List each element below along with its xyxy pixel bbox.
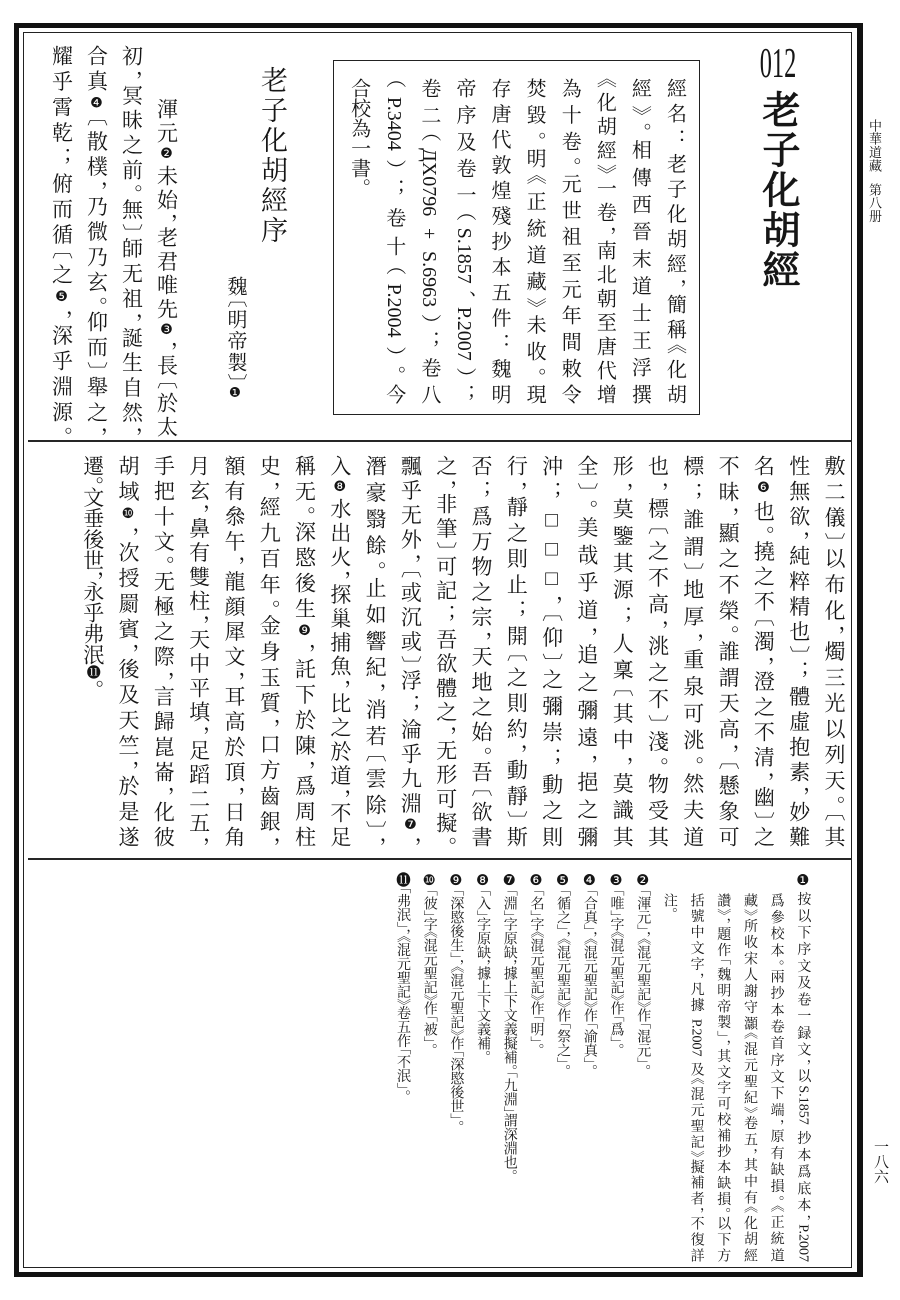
note-reference-marker: ❶ <box>227 385 243 403</box>
note-reference-marker: ❷ <box>159 146 175 165</box>
preface-text-continued: 敷二儀〕以布化，燭三光以列天。〔其 性無欲，純粹精也〕；體虛抱素，妙難 名❻也。… <box>74 455 851 848</box>
running-head: 中華道藏第八册 <box>866 119 882 223</box>
preface-text-top: 渾元❷未始，老君唯先❸，長〔於太 初，冥昧之前。無〕師无祖，誕生自然， 合真❹〔… <box>44 45 184 437</box>
note-reference-marker: ❸ <box>159 322 175 341</box>
note-reference-marker: ❾ <box>297 623 313 643</box>
footnote-4: ❹「合真」，《混元聖記》作「渝真」。 <box>575 872 602 1262</box>
footnote-1-line: 注。 <box>655 872 682 1262</box>
footnotes: ❶按以下序文及卷一録文，以S.1857 抄本爲底本，P.2007 爲參校本。兩抄… <box>388 872 815 1264</box>
footnote-10: ❿「彼」字《混元聖記》作「被」。 <box>415 872 442 1262</box>
info-box-column: 經名：老子化胡經，簡稱《化胡 <box>656 78 691 404</box>
footnote-text: 「入」字原缺，據上下文義補。 <box>475 889 490 1057</box>
running-head-volume: 第八册 <box>867 183 882 223</box>
footnote-3: ❸「唯」字《混元聖記》作「爲」。 <box>602 872 629 1262</box>
note-reference-marker: ❿ <box>120 506 136 526</box>
footnote-1-line: 爲參校本。兩抄本卷首序文下端，原有缺損。《正統道 <box>762 872 789 1262</box>
footnote-1-line: ❶按以下序文及卷一録文，以S.1857 抄本爲底本，P.2007 <box>789 872 816 1262</box>
footnote-text: 「弗泯」，《混元聖記》卷五作「不泯」。 <box>395 887 410 1097</box>
footnote-text: 「合真」，《混元聖記》作「渝真」。 <box>582 889 597 1071</box>
preface-column: 月玄，鼻有雙柱，天中平填，足蹈二五， <box>180 455 215 847</box>
footnote-text: 按以下序文及卷一録文，以S.1857 抄本爲底本，P.2007 <box>795 892 810 1262</box>
preface-column: 合真❹〔散樸，乃微乃玄。仰而〕舉之， <box>79 45 114 437</box>
footnote-number-1: ❶ <box>794 872 811 892</box>
footnote-number-10: ❿ <box>421 872 438 889</box>
preface-column: 遷。文垂後世，永乎弗泯⓫。 <box>74 455 109 847</box>
preface-column: 名❻也。撓之不〔濁，澄之不清，幽〕之 <box>745 455 780 847</box>
preface-column: 形，莫鑒其源；人稟〔其中，莫識其 <box>604 455 639 847</box>
info-box-column: 卷二（ДX0796 + S.6963）；卷八 <box>411 78 446 404</box>
preface-column: 胡域❿，次授罽賓，後及天竺，於是遂 <box>110 455 145 847</box>
note-reference-marker: ❼ <box>402 817 418 837</box>
page-number: 一八六 <box>872 1139 888 1184</box>
preface-column: 行，靜之則止；開〔之則約，動靜〕斯 <box>498 455 533 847</box>
info-box-column: 存唐代敦煌殘抄本五件：魏明 <box>481 78 516 404</box>
note-reference-marker: ❽ <box>332 479 348 498</box>
footnote-text: 「彼」字《混元聖記》作「被」。 <box>422 889 437 1050</box>
preface-column: 沖；□□□，〔仰〕之彌崇；動之則 <box>533 455 568 847</box>
preface-column: 手把十文。无極之際，言歸崑崙，化彼 <box>145 455 180 847</box>
footnote-text: 「名」字《混元聖記》作「明」。 <box>528 889 543 1050</box>
info-box-text: 經名：老子化胡經，簡稱《化胡 經》。相傳西晉末道士王浮撰 《化胡經》一卷，南北朝… <box>341 78 692 405</box>
info-box-column: 《化胡經》一卷，南北朝至唐代增 <box>586 78 621 404</box>
preface-column: 全〕。美哉乎道，追之彌遠，挹之彌 <box>569 455 604 847</box>
preface-column: 耀乎霄乾；俯而循〔之❺，深乎淵源。 <box>44 45 79 437</box>
footnote-9: ❾「深愍後生」，《混元聖記》作「深愍後世」。 <box>442 872 469 1262</box>
footnote-number-2: ❷ <box>634 872 651 889</box>
preface-title: 老子化胡經序 <box>255 66 289 246</box>
note-reference-marker: ❻ <box>755 480 771 500</box>
preface-column: 入❽水出火，探巢捕魚，比之於道，不足 <box>322 455 357 847</box>
footnote-1-line: 藏》所收宋人謝守灝《混元聖紀》卷五，其中有《化胡經 <box>735 872 762 1262</box>
preface-column: 標；誰謂〕地厚，重泉可洮。然夫道 <box>675 455 710 847</box>
footnote-number-3: ❸ <box>608 872 625 889</box>
footnote-number-8: ❽ <box>474 872 491 889</box>
preface-column: 性無欲，純粹精也〕；體虛抱素，妙難 <box>780 455 815 847</box>
footnote-1-line: 括號中文字，凡據 P.2007 及《混元聖記》擬補者，不復詳 <box>682 872 709 1262</box>
preface-column: 初，冥昧之前。無〕師无祖，誕生自然， <box>114 45 149 437</box>
preface-column: 不昧，顯之不榮。誰謂天高，〔懸象可 <box>710 455 745 847</box>
footnote-2: ❷「渾元」，《混元聖記》作「混元」。 <box>629 872 656 1262</box>
footnote-11: ⓫「弗泯」，《混元聖記》卷五作「不泯」。 <box>388 872 415 1262</box>
info-box-column: 經》。相傳西晉末道士王浮撰 <box>621 78 656 404</box>
footnote-text: 「淵」字原缺，據上下文義擬補。「九淵」謂深淵也。 <box>502 889 517 1176</box>
footnote-text: 「渾元」，《混元聖記》作「混元」。 <box>635 889 650 1071</box>
footnote-text: 「唯」字《混元聖記》作「爲」。 <box>609 889 624 1050</box>
footnote-7: ❼「淵」字原缺，據上下文義擬補。「九淵」謂深淵也。 <box>495 872 522 1262</box>
preface-column: 史，經九百年。金身玉質，口方齒銀， <box>251 455 286 847</box>
running-head-collection: 中華道藏 <box>867 119 882 172</box>
footnote-1-line: 讚》，題作「魏明帝製」，其文字可校補抄本缺損。以下方 <box>709 872 736 1262</box>
preface-column: 之，非筆〕可記；吾欲體之，无形可擬。 <box>427 455 462 847</box>
note-reference-marker: ⓫ <box>85 665 101 679</box>
footnote-number-9: ❾ <box>447 872 464 889</box>
preface-column: 稱无。深愍後生❾，託下於陳，爲周柱 <box>286 455 321 847</box>
section-divider-notes <box>28 858 852 860</box>
footnote-number-7: ❼ <box>501 872 518 889</box>
footnote-number-11: ⓫ <box>394 872 411 887</box>
preface-column: 渾元❷未始，老君唯先❸，長〔於太 <box>149 45 184 437</box>
footnote-number-5: ❺ <box>554 872 571 889</box>
preface-author: 魏〔明帝製〕❶ <box>218 276 252 403</box>
note-reference-marker: ❹ <box>89 95 105 115</box>
info-box-column: 合校為一書。 <box>341 78 376 404</box>
entry-title: 老子化胡經 <box>756 90 800 290</box>
preface-column: 飄乎无外，〔或沉或〕浮；淪乎九淵❼， <box>392 455 427 847</box>
section-divider-top <box>28 440 852 442</box>
preface-column: 否；爲万物之宗，天地之始。吾〔欲書 <box>463 455 498 847</box>
info-box-column: 為十卷。元世祖至元年間敕令 <box>551 78 586 404</box>
info-box-column: 帝序及卷一（S.1857、P.2007）； <box>446 78 481 404</box>
footnote-6: ❻「名」字《混元聖記》作「明」。 <box>522 872 549 1262</box>
note-reference-marker: ❺ <box>54 289 70 309</box>
preface-column: 也，標〔之不高，洮之不〕淺。物受其 <box>639 455 674 847</box>
preface-column: 敷二儀〕以布化，燭三光以列天。〔其 <box>816 455 851 847</box>
entry-number: 012 <box>755 43 801 85</box>
preface-column: 潛豪翳餘。止如響紀，消若〔雲除〕， <box>357 455 392 847</box>
footnote-number-6: ❻ <box>527 872 544 889</box>
info-box-column: （P.3404）；卷十（P.2004）。今 <box>376 78 411 404</box>
info-box-column: 焚毀。明《正統道藏》未收。現 <box>516 78 551 404</box>
footnote-8: ❽「入」字原缺，據上下文義補。 <box>468 872 495 1262</box>
footnote-5: ❺「循之」，《混元聖記》作「祭之」。 <box>548 872 575 1262</box>
footnote-text: 「深愍後生」，《混元聖記》作「深愍後世」。 <box>448 889 463 1127</box>
preface-column: 額有叅午，龍顔犀文，耳高於頂，日角 <box>216 455 251 847</box>
footnote-number-4: ❹ <box>581 872 598 889</box>
footnote-text: 「循之」，《混元聖記》作「祭之」。 <box>555 889 570 1071</box>
